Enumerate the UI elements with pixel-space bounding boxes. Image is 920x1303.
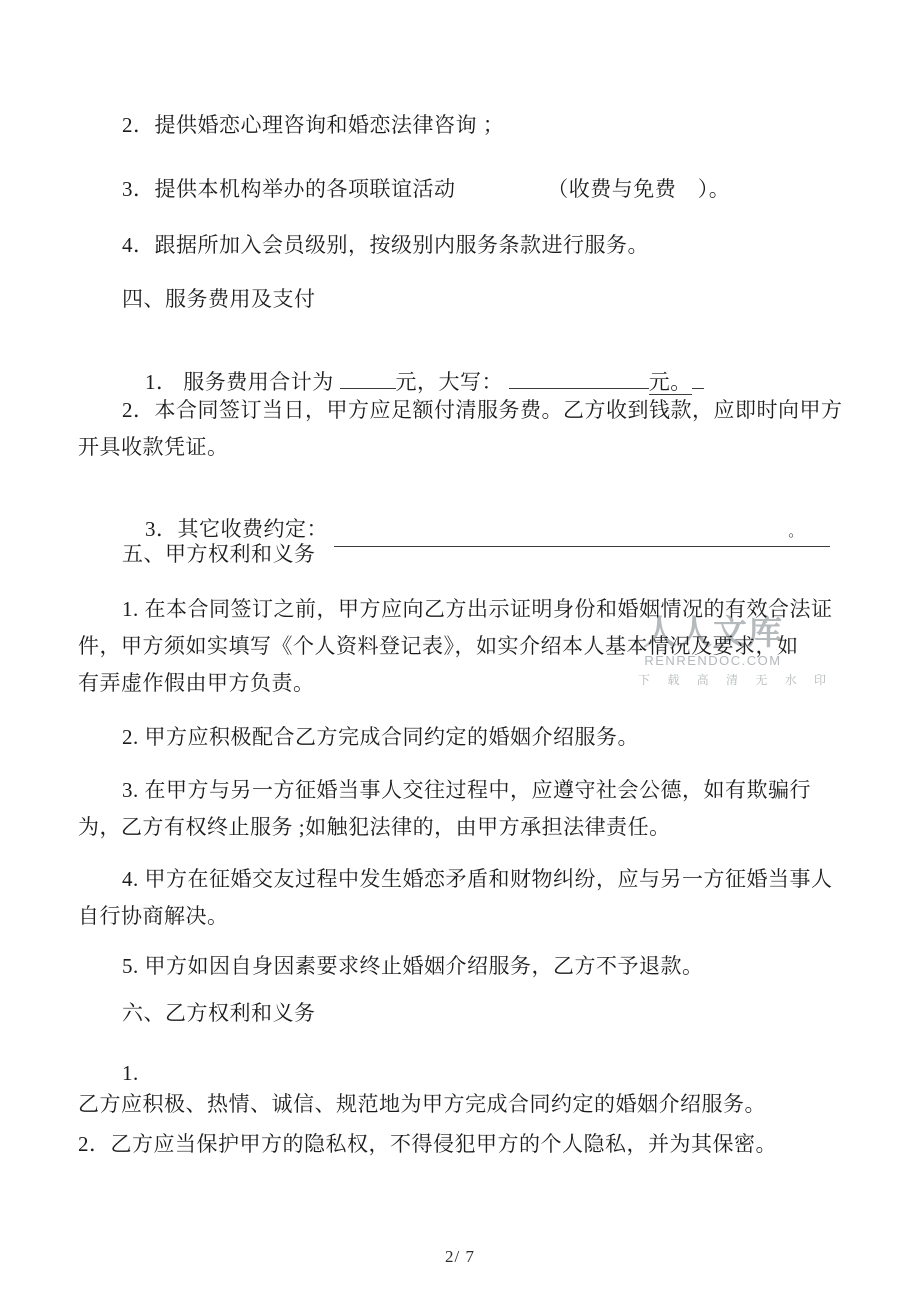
clause-3-conduct-line1: 3. 在甲方与另一方征婚当事人交往过程中，应遵守社会公德，如有欺骗行	[78, 777, 920, 804]
clause-1-service-quality: 乙方应积极、热情、诚信、规范地为甲方完成合同约定的婚姻介绍服务。	[78, 1091, 878, 1118]
clause-2-payment-line1: 2．本合同签订当日，甲方应足额付清服务费。乙方收到钱款，应即时向甲方	[78, 397, 920, 424]
contract-document-page: 人人文库 RENRENDOC.COM 下 载 高 清 无 水 印 2．提供婚恋心…	[0, 0, 920, 1303]
page-number: 2/ 7	[0, 1247, 920, 1267]
fee-amount-blank	[340, 370, 396, 389]
fee-words-label: 元，大写：	[396, 370, 509, 394]
clause-2-counseling: 2．提供婚恋心理咨询和婚恋法律咨询 ；	[78, 112, 920, 139]
section-6-heading: 六、乙方权利和义务	[78, 1000, 920, 1027]
clause-1-identity-line1: 1. 在本合同签订之前，甲方应向乙方出示证明身份和婚姻情况的有效合法证	[78, 596, 920, 623]
clause-2-cooperation: 2. 甲方应积极配合乙方完成合同约定的婚姻介绍服务。	[78, 724, 920, 751]
fee-unit-suffix: 元。	[649, 370, 692, 395]
section-5-heading: 五、甲方权利和义务	[78, 541, 920, 568]
fee-total-prefix: 1． 服务费用合计为	[145, 370, 340, 394]
clause-3-conduct-line2: 为，乙方有权终止服务 ;如触犯法律的，由甲方承担法律责任。	[78, 814, 878, 841]
other-fee-prefix: 3．其它收费约定：	[145, 517, 334, 541]
clause-1-identity-line2: 件，甲方须如实填写《个人资料登记表》，如实介绍本人基本情况及要求，如	[78, 633, 878, 660]
clause-5-no-refund: 5. 甲方如因自身因素要求终止婚姻介绍服务，乙方不予退款。	[78, 953, 920, 980]
other-fee-period: 。	[788, 524, 804, 540]
clause-1-number: 1.	[78, 1060, 920, 1087]
clause-4-disputes-line1: 4. 甲方在征婚交友过程中发生婚恋矛盾和财物纠纷，应与另一方征婚当事人	[78, 866, 920, 893]
clause-4-disputes-line2: 自行协商解决。	[78, 903, 878, 930]
clause-4-membership: 4．跟据所加入会员级别，按级别内服务条款进行服务。	[78, 232, 920, 259]
clause-3-activities: 3．提供本机构举办的各项联谊活动 （收费与免费 ）。	[78, 176, 920, 203]
section-4-heading: 四、服务费用及支付	[78, 286, 920, 313]
clause-2-payment-line2: 开具收款凭证。	[78, 434, 878, 461]
clause-1-identity-line3: 有弄虚作假由甲方负责。	[78, 670, 878, 697]
clause-2-privacy: 2．乙方应当保护甲方的隐私权，不得侵犯甲方的个人隐私，并为其保密。	[78, 1131, 878, 1158]
fee-trailing-blank	[692, 370, 704, 389]
fee-amount-words-blank	[509, 370, 649, 389]
